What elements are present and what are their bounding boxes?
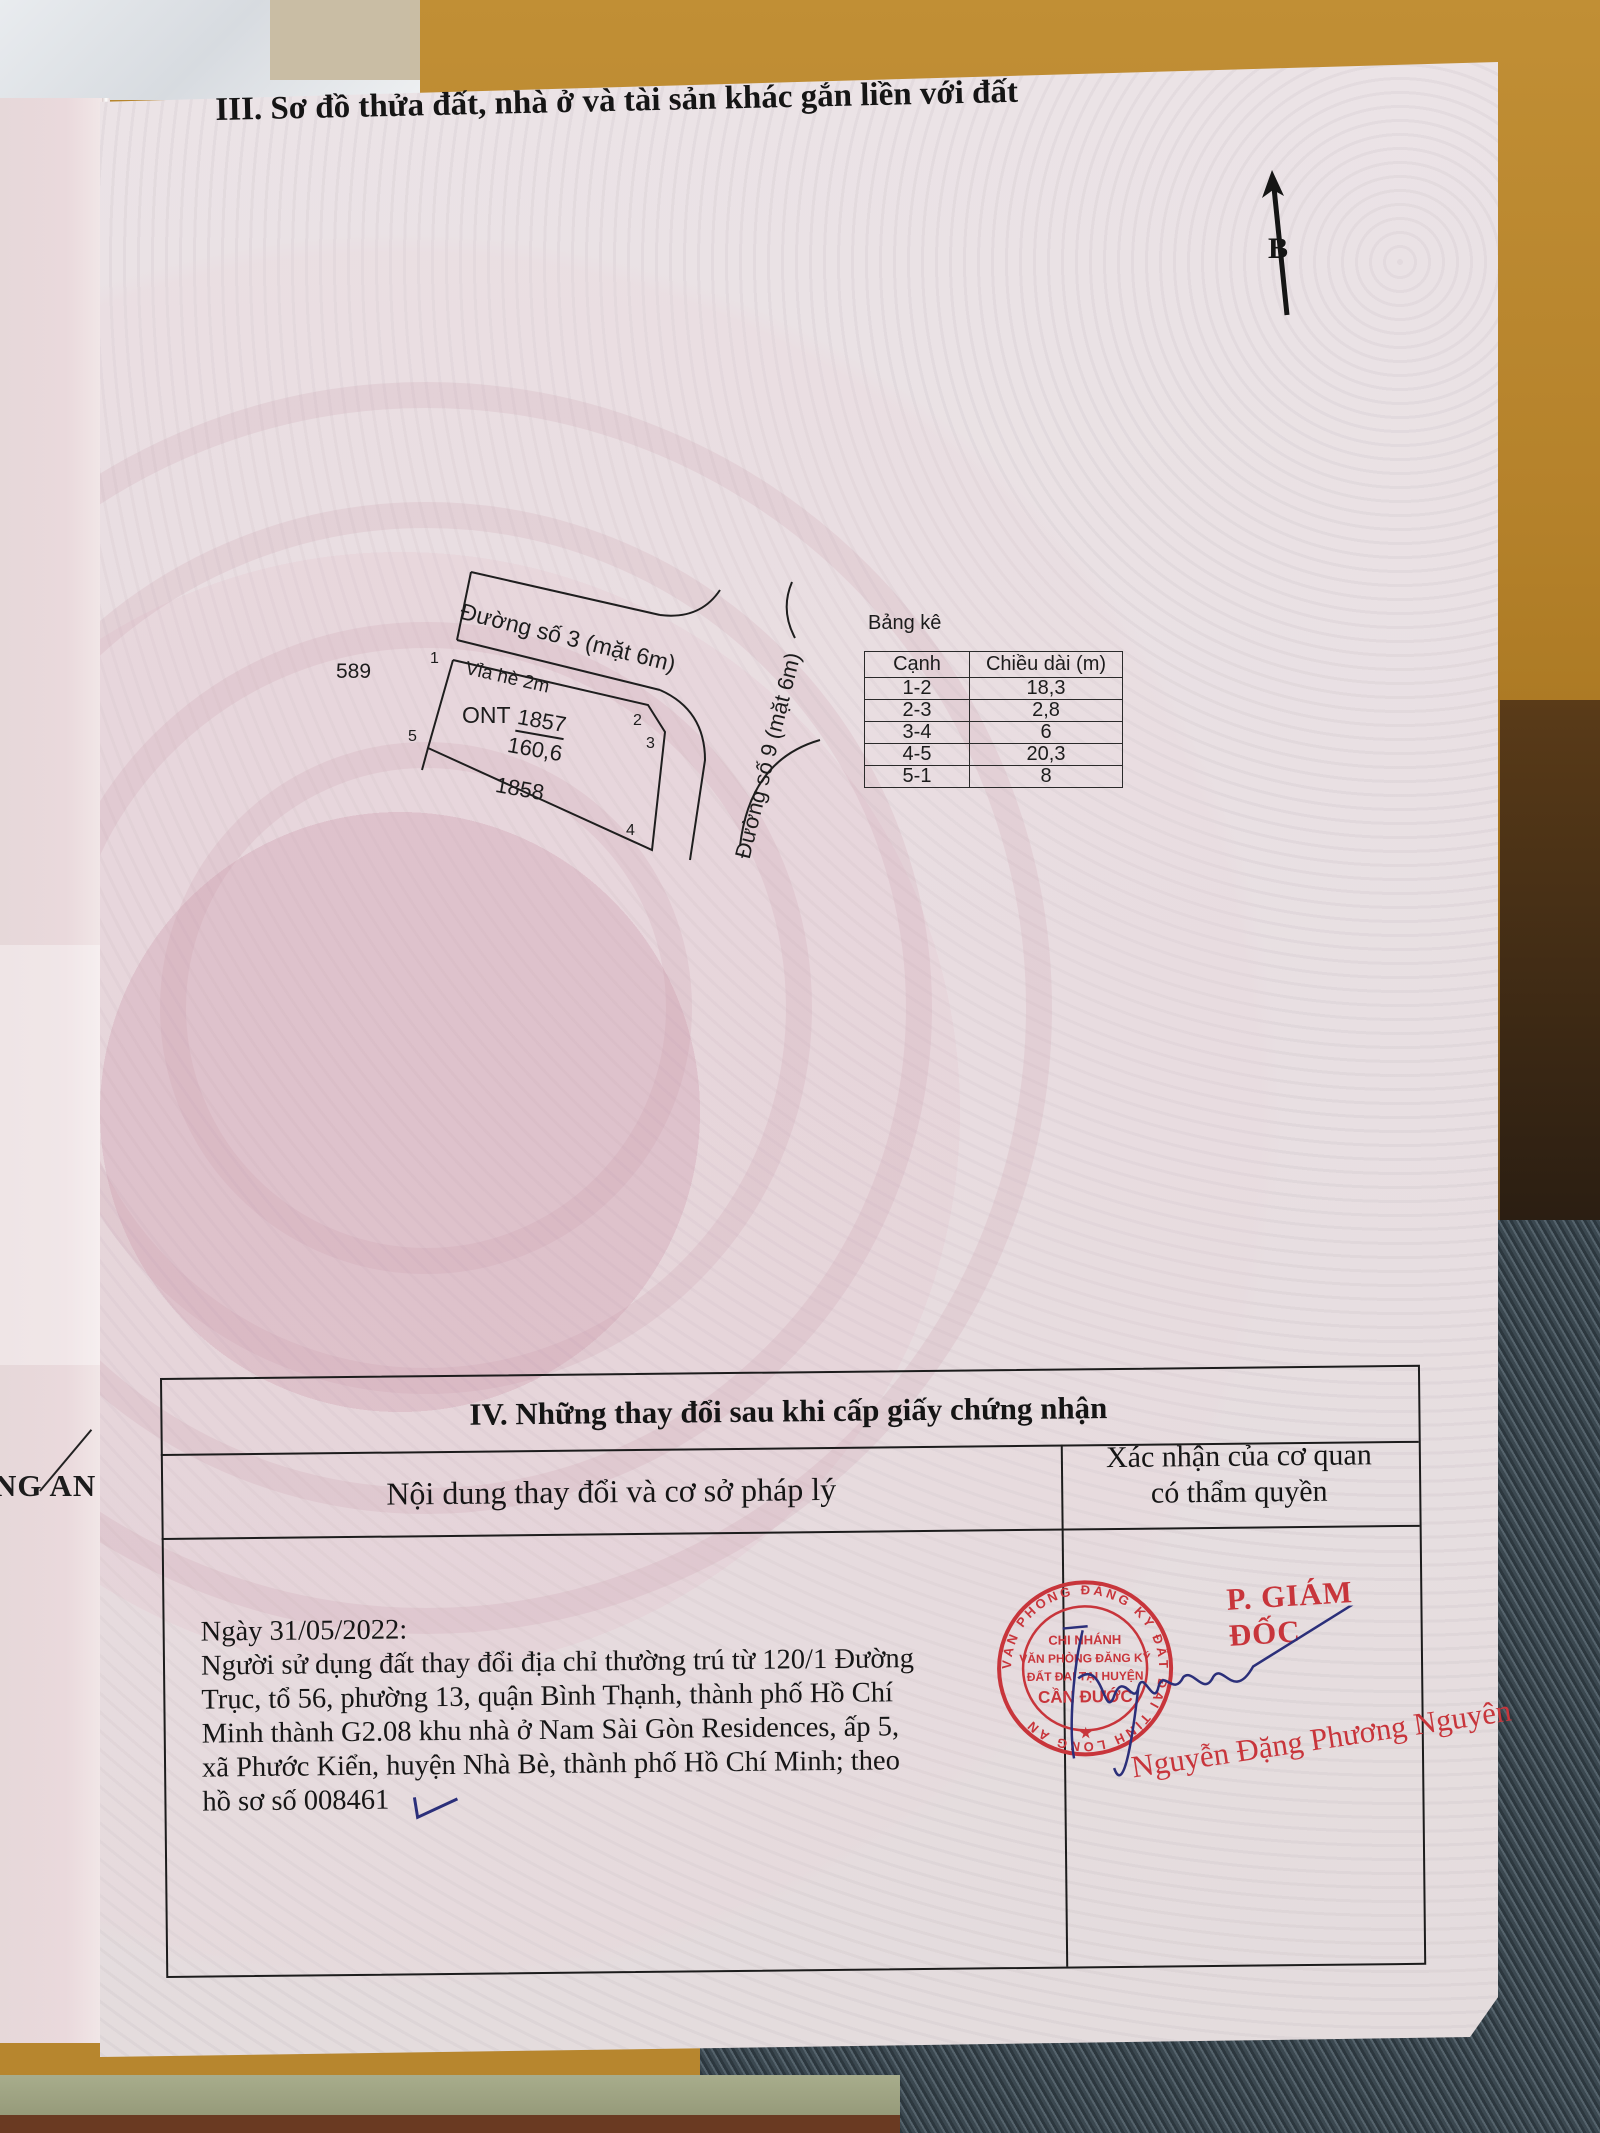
land-type-label: ONT [462, 702, 511, 729]
edge-cell: 1-2 [865, 678, 970, 700]
table-row: 3-46 [865, 722, 1123, 744]
header-length: Chiều dài (m) [970, 652, 1123, 678]
edge-cell: 3-4 [865, 722, 970, 744]
table-row: 5-18 [865, 766, 1123, 788]
vertex-5: 5 [408, 728, 417, 746]
length-cell: 6 [970, 722, 1123, 744]
table-row: 1-218,3 [865, 678, 1123, 700]
length-cell: 8 [970, 766, 1123, 788]
bang-ke-title: Bảng kê [868, 612, 941, 635]
vertex-3: 3 [646, 735, 655, 753]
neighbor-parcel-589: 589 [336, 660, 371, 684]
photo-background-edge [0, 2115, 900, 2133]
length-cell: 20,3 [970, 744, 1123, 766]
column-header-confirmation: Xác nhận của cơ quan có thẩm quyền [1061, 1437, 1418, 1513]
photo-background-box [270, 0, 420, 80]
header-edge: Cạnh [865, 652, 970, 678]
length-cell: 18,3 [970, 678, 1123, 700]
table-row: 2-32,8 [865, 700, 1123, 722]
column-header-line: Xác nhận của cơ quan [1061, 1437, 1417, 1477]
bang-ke-table: Cạnh Chiều dài (m) 1-218,32-32,83-464-52… [864, 651, 1123, 788]
section-4-changes-table: IV. Những thay đổi sau khi cấp giấy chứn… [160, 1365, 1424, 1988]
signature-icon [1042, 1605, 1374, 1808]
vertex-2: 2 [633, 712, 642, 730]
photo-background-shadow [1500, 700, 1600, 1220]
edge-cell: 4-5 [865, 744, 970, 766]
length-cell: 2,8 [970, 700, 1123, 722]
parcel-diagram: Đường số 3 (mặt 6m) Vỉa hè 2m Đường số 9… [350, 560, 850, 890]
table-header-row: Cạnh Chiều dài (m) [865, 652, 1123, 678]
table-row: 4-520,3 [865, 744, 1123, 766]
checkmark-icon [411, 1793, 461, 1824]
north-label: B [1268, 232, 1288, 266]
edge-cell: 2-3 [865, 700, 970, 722]
vertex-1: 1 [430, 650, 439, 668]
column-header-line: có thẩm quyền [1061, 1473, 1417, 1513]
change-entry: Ngày 31/05/2022: Người sử dụng đất thay … [200, 1607, 1062, 1820]
left-page-heading-fragment: NG AN [0, 1468, 96, 1504]
vertex-4: 4 [626, 822, 635, 840]
edge-cell: 5-1 [865, 766, 970, 788]
